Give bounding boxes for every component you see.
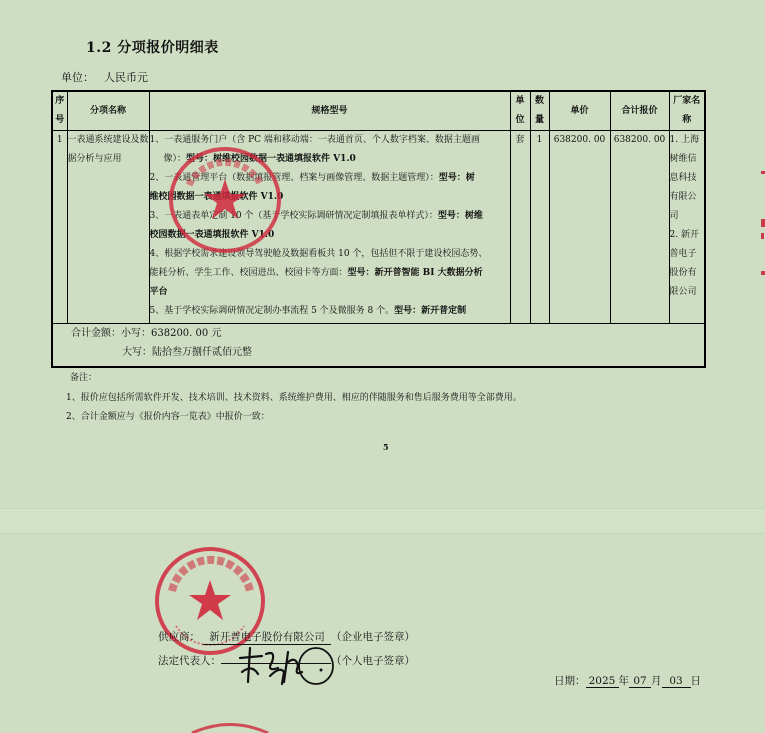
day-suffix: 日: [691, 675, 702, 687]
quote-detail-table: 序号 分项名称 规格型号 单位 数量 单价 合计报价 厂家名称 1 一表通系统建…: [51, 90, 706, 368]
header-qty: 数量: [530, 91, 549, 131]
seal-edge-mark: [761, 171, 765, 174]
total-big-label: 大写：: [122, 347, 152, 358]
date-day: 03: [662, 675, 691, 688]
year-suffix: 年: [619, 675, 630, 687]
note-item: 1、报价应包括所需软件开发、技术培训、技术资料、系统维护费用、相应的伴随服务和售…: [66, 389, 522, 409]
seal-edge-mark: [761, 219, 765, 227]
spec-line: 5、基于学校实际调研情况定制办事流程 5 个及微服务 8 个。型号：新开普定制: [150, 302, 510, 321]
header-name: 分项名称: [67, 91, 149, 131]
date-year: 2025: [586, 675, 619, 688]
total-small-label: 小写：: [121, 328, 151, 339]
spec-line: 能耗分析、学生工作、校园进出、校园卡等方面：型号：新开普智能 BI 大数据分析: [150, 264, 510, 283]
vendor-line: 股份有: [670, 264, 705, 283]
row-total: 638200. 00: [610, 131, 669, 324]
notes-title: 备注：: [70, 369, 522, 389]
total-big-value: 陆拾叁万捌仟贰佰元整: [152, 347, 252, 358]
spec-line: 维校园数据一表通填报软件 V1.0: [150, 188, 510, 207]
total-label: 合计金额：: [71, 328, 121, 339]
total-big: 大写：陆拾叁万捌仟贰佰元整: [53, 343, 704, 362]
total-small: 合计金额：小写：638200. 00 元: [53, 324, 704, 343]
page-separator: [0, 508, 765, 534]
spec-line: 平台: [150, 283, 510, 302]
supplier-suffix: （企业电子签章）: [331, 631, 415, 643]
vendor-line: 普电子: [670, 245, 705, 264]
total-cell: 合计金额：小写：638200. 00 元 大写：陆拾叁万捌仟贰佰元整: [52, 324, 705, 368]
page-title: 1.2 分项报价明细表: [86, 37, 219, 57]
row-price: 638200. 00: [549, 131, 610, 324]
row-unit: 套: [510, 131, 530, 324]
spec-line: 校园数据一表通填报软件 V1.0: [150, 226, 510, 245]
notes-section: 备注： 1、报价应包括所需软件开发、技术培训、技术资料、系统维护费用、相应的伴随…: [70, 369, 522, 428]
spec-line: 像）：型号：树维校园数据一表通填报软件 V1.0: [150, 150, 510, 169]
document-page: 1.2 分项报价明细表 单位：人民币元 序号 分项名称 规格型号 单位 数量 单…: [0, 0, 765, 733]
legal-rep-suffix: （个人电子签章）: [331, 655, 415, 667]
spec-line: 4、根据学校需求建设领导驾驶舱及数据看板共 10 个，包括但不限于建设校园态势、: [150, 245, 510, 264]
vendor-line: 有限公: [670, 188, 705, 207]
header-spec: 规格型号: [149, 91, 510, 131]
header-seq: 序号: [52, 91, 67, 131]
vendor-line: 2. 新开: [670, 226, 705, 245]
unit-label: 单位：: [61, 71, 94, 84]
supplier-label: 供应商：: [158, 631, 200, 643]
table-header-row: 序号 分项名称 规格型号 单位 数量 单价 合计报价 厂家名称: [52, 91, 705, 131]
row-seq: 1: [52, 131, 67, 324]
spec-line: 3、一表通表单定制 10 个（基于学校实际调研情况定制填报表单样式）：型号：树维: [150, 207, 510, 226]
note-item: 2、合计金额应与《报价内容一览表》中报价一致：: [66, 408, 522, 428]
legal-rep-signature-line: 法定代表人：（个人电子签章）: [158, 651, 415, 668]
row-qty: 1: [530, 131, 549, 324]
vendor-line: 树维信: [670, 150, 705, 169]
header-unit: 单位: [510, 91, 530, 131]
partial-seal-stamp-icon: [190, 722, 270, 733]
row-spec: 1、一表通服务门户（含 PC 端和移动端：一表通首页、个人数字档案、数据主题画像…: [149, 131, 510, 324]
vendor-line: 限公司: [670, 283, 705, 302]
spec-line: 2、一表通管理平台（数据填报管理、档案与画像管理、数据主题管理）：型号：树: [150, 169, 510, 188]
spec-line: 1、一表通服务门户（含 PC 端和移动端：一表通首页、个人数字档案、数据主题画: [150, 131, 510, 150]
vendor-line: 司: [670, 207, 705, 226]
total-small-value: 638200. 00 元: [151, 328, 221, 339]
vendor-line: 1. 上海: [670, 131, 705, 150]
header-total: 合计报价: [610, 91, 669, 131]
month-suffix: 月: [651, 675, 662, 687]
row-vendor: 1. 上海树维信息科技有限公司2. 新开普电子股份有限公司: [669, 131, 705, 324]
seal-edge-mark: [761, 233, 764, 239]
supplier-value: 新开普电子股份有限公司: [203, 629, 331, 645]
row-name: 一表通系统建设及数据分析与应用: [67, 131, 149, 324]
page-number: 5: [383, 442, 389, 452]
unit-value: 人民币元: [104, 71, 148, 84]
table-row: 1 一表通系统建设及数据分析与应用 1、一表通服务门户（含 PC 端和移动端：一…: [52, 131, 705, 324]
header-price: 单价: [549, 91, 610, 131]
date-label: 日期：: [554, 675, 586, 687]
date-month: 07: [629, 675, 651, 688]
supplier-signature-line: 供应商：新开普电子股份有限公司（企业电子签章）: [158, 629, 415, 645]
currency-unit: 单位：人民币元: [61, 69, 148, 85]
seal-edge-mark: [761, 271, 765, 275]
date-line: 日期：2025年07月03日: [554, 673, 701, 688]
total-row: 合计金额：小写：638200. 00 元 大写：陆拾叁万捌仟贰佰元整: [52, 324, 705, 368]
legal-rep-value: [221, 651, 331, 664]
legal-rep-label: 法定代表人：: [158, 655, 221, 667]
vendor-line: 息科技: [670, 169, 705, 188]
header-vendor: 厂家名称: [669, 91, 705, 131]
